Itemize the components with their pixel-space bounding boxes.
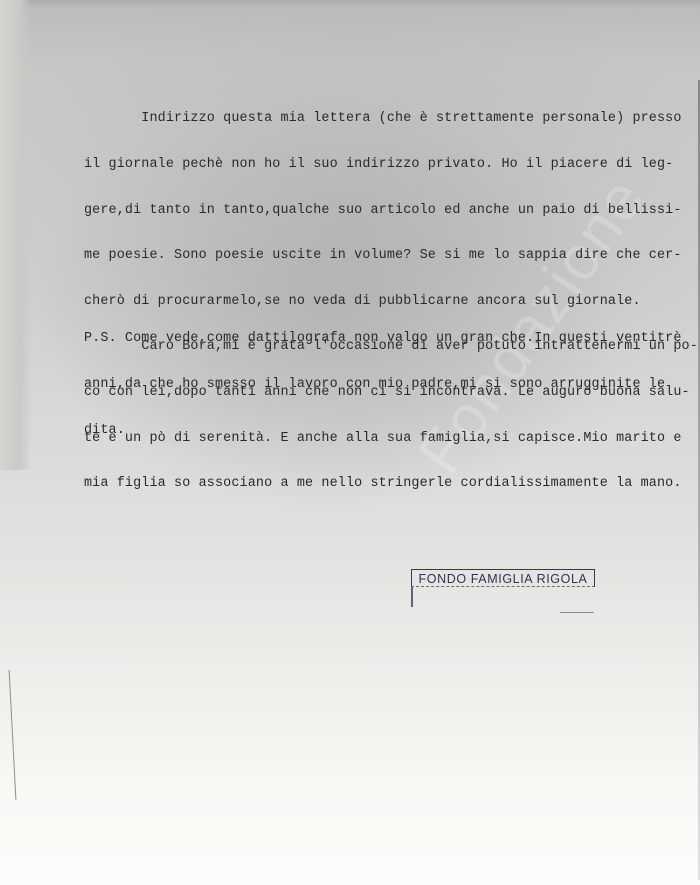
letter-line: mia figlia so associano a me nello strin… — [84, 476, 698, 491]
postscript-line: dita. — [84, 423, 682, 438]
stamp-border-fragment — [411, 587, 413, 607]
postscript-line: P.S. Come vede,come dattilografa non val… — [84, 331, 682, 346]
letter-line: gere,di tanto in tanto,qualche suo artic… — [84, 203, 698, 218]
paper-fold-mark — [9, 670, 17, 800]
letter-line: me poesie. Sono poesie uscite in volume?… — [84, 248, 698, 263]
stamp-signature-line — [560, 612, 594, 613]
letter-line: il giornale pechè non ho il suo indirizz… — [84, 157, 698, 172]
letter-postscript: P.S. Come vede,come dattilografa non val… — [84, 301, 682, 468]
scan-left-edge — [0, 0, 32, 470]
archive-stamp: FONDO FAMIGLIA RIGOLA — [411, 569, 595, 587]
letter-line: Indirizzo questa mia lettera (che è stre… — [84, 111, 698, 126]
scan-top-edge — [0, 0, 700, 8]
scanned-letter-page: Fondazione Indirizzo questa mia lettera … — [0, 0, 700, 885]
postscript-line: anni,da che ho smesso il lavoro con mio … — [84, 377, 682, 392]
